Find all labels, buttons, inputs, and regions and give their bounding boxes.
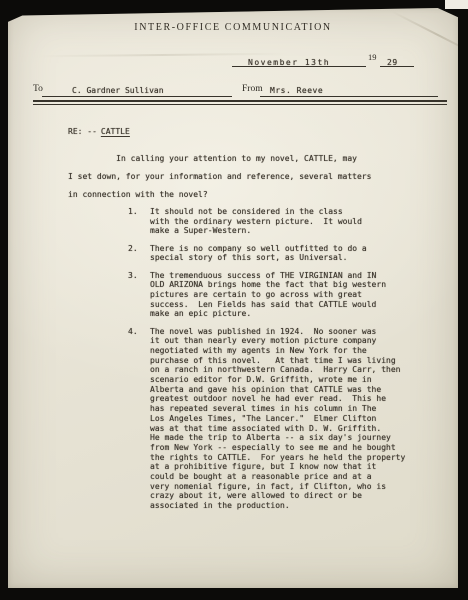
list-item: 1. It should not be considered in the cl… — [128, 207, 434, 236]
header-double-rule — [33, 100, 447, 102]
item-number: 3. — [128, 271, 150, 320]
item-text: The novel was published in 1924. No soon… — [150, 327, 434, 511]
header-double-rule — [33, 104, 447, 106]
from-underline — [260, 96, 438, 97]
list-item: 2. There is no company so well outfitted… — [128, 244, 434, 263]
item-text: The tremenduous success of THE VIRGINIAN… — [150, 271, 434, 320]
scan-corner-artifact — [445, 0, 468, 9]
item-number: 1. — [128, 207, 150, 236]
paper-crease — [38, 53, 288, 57]
memo-page: INTER-OFFICE COMMUNICATION November 13th… — [8, 8, 458, 588]
item-number: 4. — [128, 327, 150, 511]
year-rule-line — [380, 66, 414, 67]
letterhead-title: INTER-OFFICE COMMUNICATION — [8, 22, 458, 33]
intro-paragraph: In calling your attention to my novel, C… — [68, 150, 450, 205]
to-value: C. Gardner Sullivan — [72, 86, 164, 95]
from-value: Mrs. Reeve — [270, 86, 323, 95]
item-text: It should not be considered in the class… — [150, 207, 434, 236]
item-number: 2. — [128, 244, 150, 263]
list-item: 3. The tremenduous success of THE VIRGIN… — [128, 271, 434, 320]
subject-value: CATTLE — [101, 127, 130, 136]
paper-crease — [391, 11, 468, 60]
numbered-list: 1. It should not be considered in the cl… — [128, 207, 434, 518]
to-underline — [42, 96, 232, 97]
subject-line: RE: --CATTLE — [68, 127, 130, 136]
list-item: 4. The novel was published in 1924. No s… — [128, 327, 434, 511]
from-label: From — [242, 84, 263, 94]
scan-background: INTER-OFFICE COMMUNICATION November 13th… — [0, 0, 468, 600]
item-text: There is no company so well outfitted to… — [150, 244, 434, 263]
date-typed-value: November 13th — [248, 58, 330, 67]
year-printed-prefix: 19 — [368, 52, 377, 62]
subject-label: RE: -- — [68, 127, 97, 136]
to-label: To — [33, 84, 43, 94]
